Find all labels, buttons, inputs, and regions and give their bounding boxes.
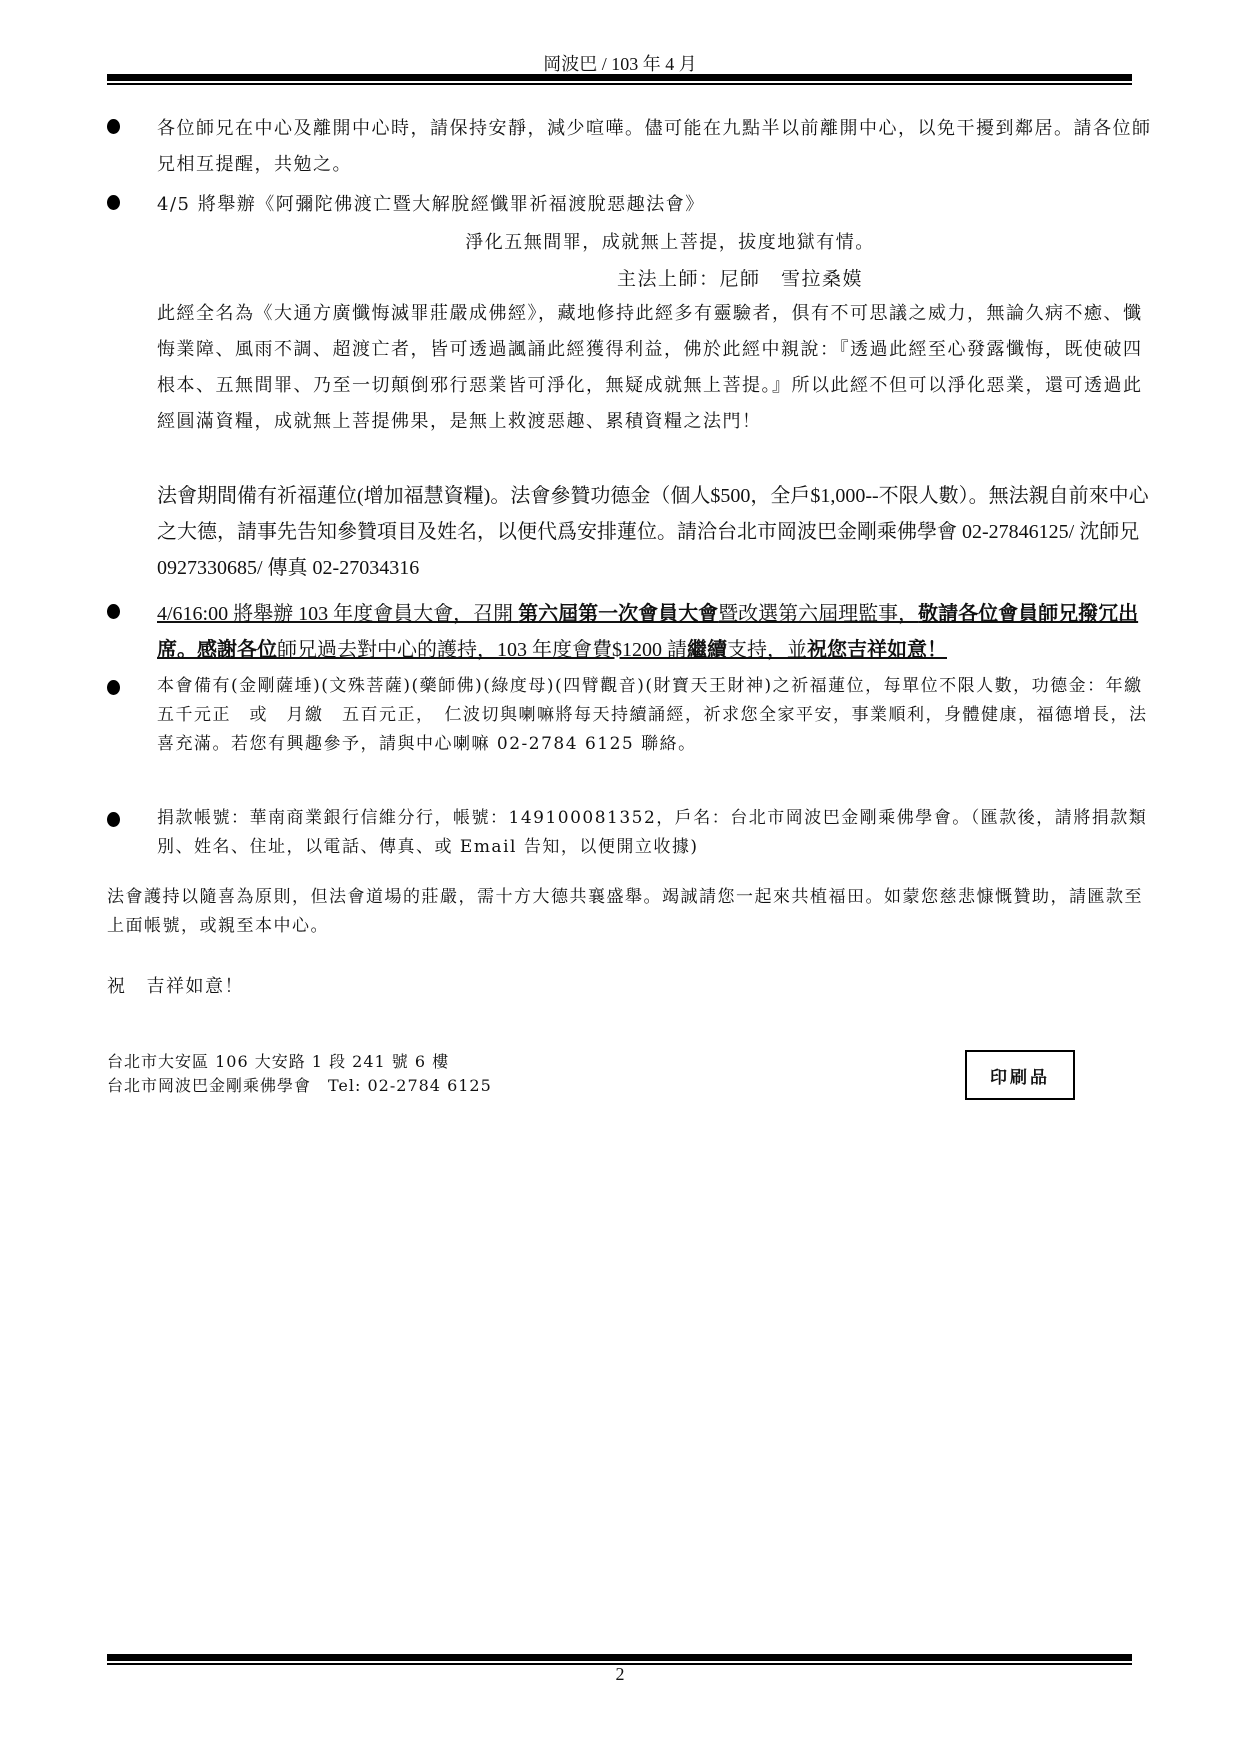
- notice-dharma-assembly: 4/5 將舉辦《阿彌陀佛渡亡暨大解脫經懺罪祈福渡脫惡趣法會》: [107, 187, 1152, 223]
- bullet-icon: [107, 812, 120, 827]
- bullet-icon: [107, 195, 120, 210]
- lotus-seats-text: 本會備有(金剛薩埵)(文殊菩薩)(藥師佛)(綠度母)(四臂觀音)(財寶天王財神)…: [157, 672, 1152, 759]
- notice-member-meeting: 4/616:00 將舉辦 103 年度會員大會，召開 第六屆第一次會員大會暨改選…: [107, 596, 1152, 668]
- assembly-master: 主法上師：尼師 雪拉桑嫫: [120, 264, 1240, 291]
- bullet-icon: [107, 604, 120, 619]
- blessing-prefix: 祝: [107, 976, 127, 997]
- bullet-icon: [107, 680, 120, 695]
- closing-paragraph: 法會護持以隨喜為原則，但法會道場的莊嚴，需十方大德共襄盛舉。竭誠請您一起來共植福…: [107, 883, 1152, 941]
- page-number: 2: [0, 1664, 1240, 1685]
- blessing: 祝吉祥如意！: [107, 972, 244, 998]
- header-rule: [107, 74, 1132, 85]
- bullet-icon: [107, 119, 120, 134]
- blessing-text: 吉祥如意！: [147, 976, 245, 997]
- assembly-description: 此經全名為《大通方廣懺悔滅罪莊嚴成佛經》，藏地修持此經多有靈驗者，俱有不可思議之…: [157, 296, 1157, 440]
- notice-quiet: 各位師兄在中心及離開中心時，請保持安靜，減少喧嘩。儘可能在九點半以前離開中心，以…: [107, 111, 1152, 183]
- notice-quiet-text: 各位師兄在中心及離開中心時，請保持安靜，減少喧嘩。儘可能在九點半以前離開中心，以…: [157, 111, 1152, 183]
- org-contact-line: 台北市岡波巴金剛乘佛學會 Tel: 02-2784 6125: [107, 1074, 492, 1098]
- footer-address: 台北市大安區 106 大安路 1 段 241 號 6 樓 台北市岡波巴金剛乘佛學…: [107, 1050, 492, 1098]
- assembly-subtitle: 淨化五無間罪，成就無上菩提，拔度地獄有情。: [50, 228, 1240, 254]
- notice-donation-account: 捐款帳號：華南商業銀行信維分行，帳號：149100081352，戶名：台北市岡波…: [107, 804, 1152, 862]
- assembly-offering-info: 法會期間備有祈福蓮位(增加福慧資糧)。法會參贊功德金（個人$500，全戶$1,0…: [157, 478, 1157, 586]
- member-meeting-text: 4/616:00 將舉辦 103 年度會員大會，召開 第六屆第一次會員大會暨改選…: [157, 596, 1152, 668]
- header-title: 岡波巴 / 103 年 4 月: [0, 50, 1240, 76]
- printed-matter-stamp: 印刷品: [965, 1050, 1075, 1100]
- document-page: 岡波巴 / 103 年 4 月 各位師兄在中心及離開中心時，請保持安靜，減少喧嘩…: [0, 0, 1240, 1754]
- donation-account-text: 捐款帳號：華南商業銀行信維分行，帳號：149100081352，戶名：台北市岡波…: [157, 804, 1152, 862]
- address-line: 台北市大安區 106 大安路 1 段 241 號 6 樓: [107, 1050, 492, 1074]
- assembly-heading: 4/5 將舉辦《阿彌陀佛渡亡暨大解脫經懺罪祈福渡脫惡趣法會》: [157, 187, 1152, 223]
- notice-lotus-seats: 本會備有(金剛薩埵)(文殊菩薩)(藥師佛)(綠度母)(四臂觀音)(財寶天王財神)…: [107, 672, 1152, 759]
